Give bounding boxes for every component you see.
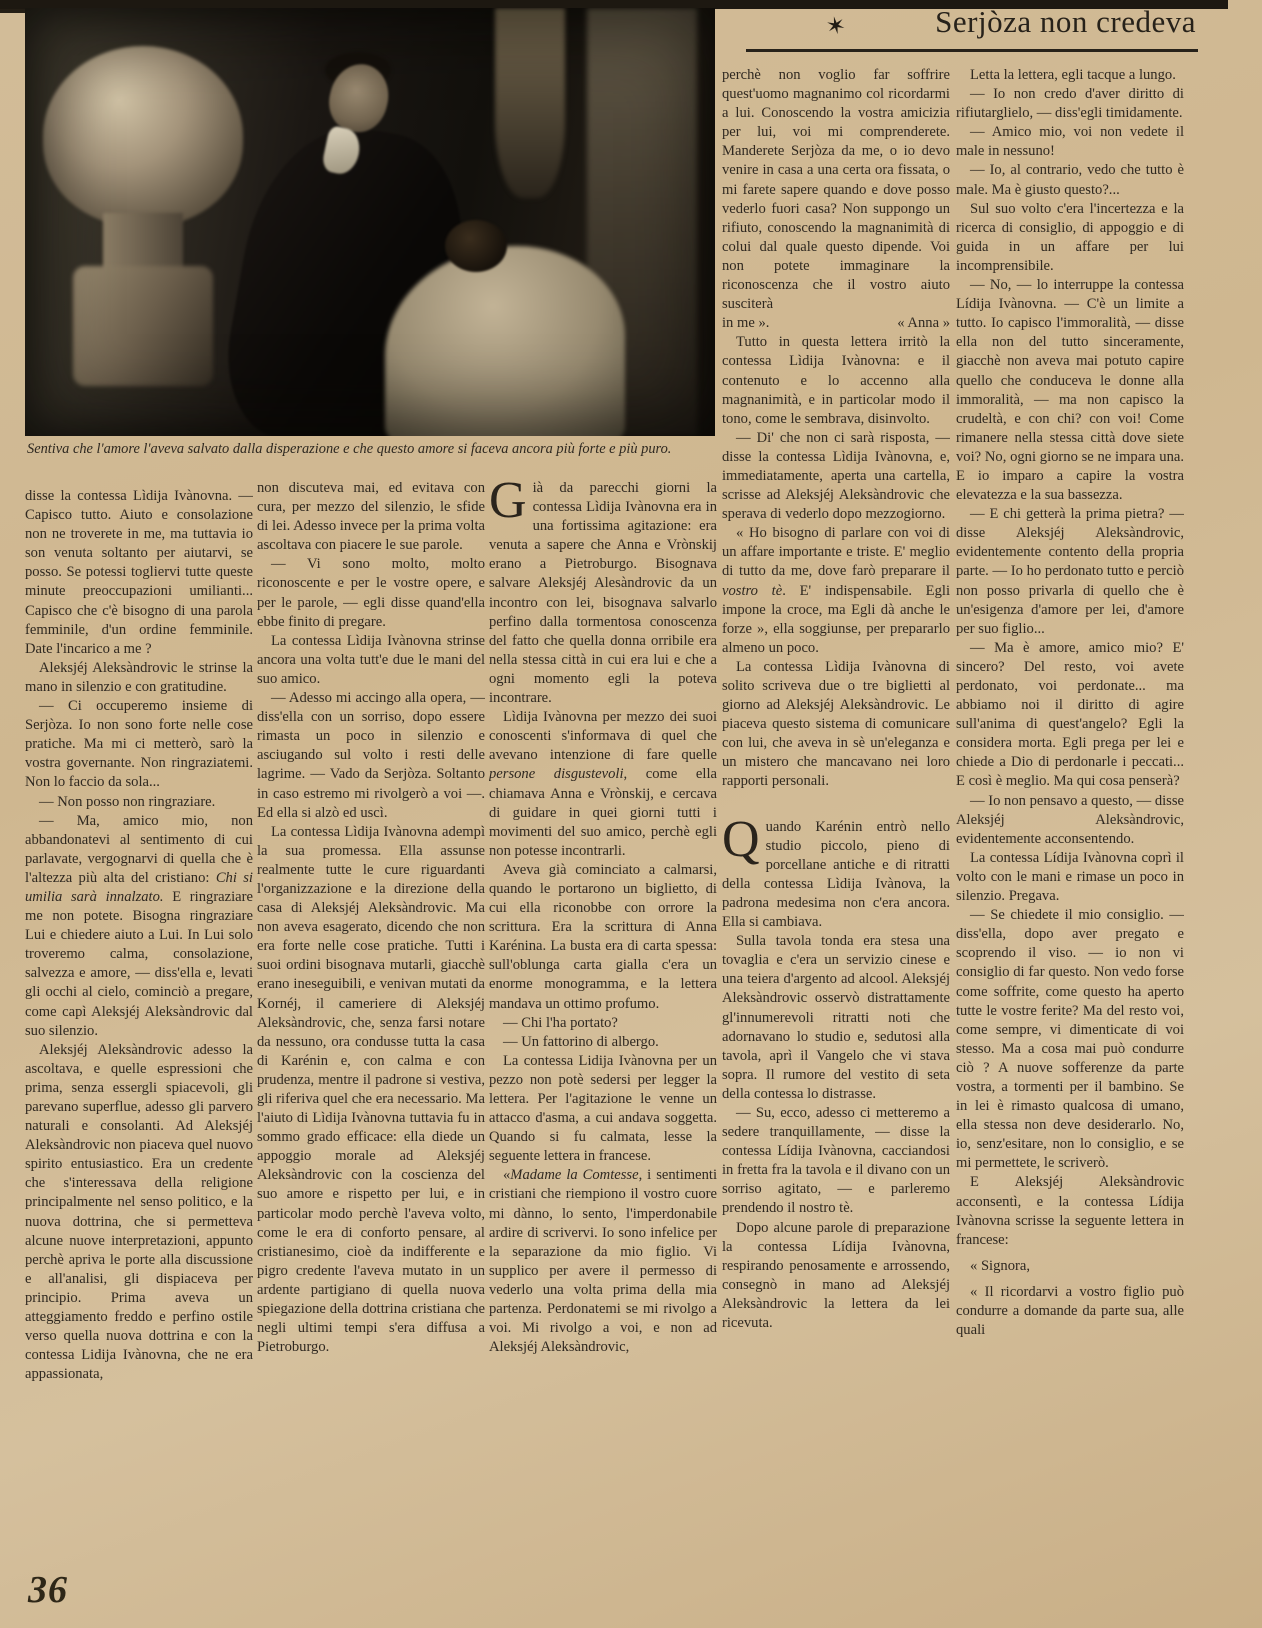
paragraph: La contessa Lìdija Ivànovna strinse anco…: [257, 632, 485, 689]
paragraph: — Adesso mi accingo alla opera, — diss'e…: [257, 689, 485, 823]
paragraph: — Ma è amore, amico mio? E' sincero? Del…: [956, 639, 1184, 792]
paragraph: Già da parecchi giorni la contessa Lìdij…: [489, 479, 717, 708]
paragraph: Aleksjéj Aleksàndrovic adesso la ascolta…: [25, 1041, 253, 1385]
paragraph: Lìdija Ivànovna per mezzo dei suoi conos…: [489, 708, 717, 861]
text-column-2: non discuteva mai, ed evitava con cura, …: [257, 479, 485, 1567]
paragraph: «Madame la Comtesse, i sentimenti cristi…: [489, 1166, 717, 1357]
paragraph: — Ci occuperemo insieme di Serjòza. Io n…: [25, 697, 253, 792]
paragraph: — Io non credo d'aver diritto di rifiuta…: [956, 85, 1184, 123]
paragraph: Tutto in questa lettera irritò la contes…: [722, 333, 950, 428]
paragraph: disse la contessa Lìdija Ivànovna. — Cap…: [25, 487, 253, 659]
paragraph: — Vi sono molto, molto riconoscente e pe…: [257, 555, 485, 631]
header-rule: [746, 49, 1198, 52]
paragraph: La contessa Lìdija Ivànovna di solito sc…: [722, 658, 950, 792]
paragraph: Sul suo volto c'era l'incertezza e la ri…: [956, 200, 1184, 276]
paragraph: La contessa Lìdija Ivànovna adempì la su…: [257, 823, 485, 1358]
paragraph: — Di' che non ci sarà risposta, — disse …: [722, 429, 950, 524]
paragraph: — Un fattorino di albergo.: [489, 1033, 717, 1052]
paragraph: Dopo alcune parole di preparazione la co…: [722, 1219, 950, 1334]
paragraph: « Signora,: [956, 1257, 1184, 1276]
paragraph: Sulla tavola tonda era stesa una tovagli…: [722, 932, 950, 1104]
dropcap-letter: Q: [722, 818, 766, 860]
paragraph: Aveva già cominciato a calmarsi, quando …: [489, 861, 717, 1014]
paragraph: — E chi getterà la prima pietra? — disse…: [956, 505, 1184, 639]
page-title: Serjòza non credeva: [935, 4, 1196, 40]
paragraph: — Io non pensavo a questo, — disse Aleks…: [956, 792, 1184, 849]
paragraph: Quando Karénin entrò nello studio piccol…: [722, 818, 950, 933]
paragraph: — Ma, amico mio, non abbandonatevi al se…: [25, 812, 253, 1041]
paragraph: — Se chiedete il mio consiglio. — diss'e…: [956, 906, 1184, 1173]
paragraph: La contessa Lídija Ivànovna coprì il vol…: [956, 849, 1184, 906]
paragraph: — Non posso non ringraziare.: [25, 793, 253, 812]
paragraph: in me ».« Anna »: [722, 314, 950, 333]
text-column-4: perchè non voglio far soffrire quest'uom…: [722, 66, 950, 1570]
text-column-3: Già da parecchi giorni la contessa Lìdij…: [489, 479, 717, 1567]
photo-illustration: [25, 8, 715, 436]
paragraph: — Io, al contrario, vedo che tutto è mal…: [956, 161, 1184, 199]
paragraph: — Amico mio, voi non vedete il male in n…: [956, 123, 1184, 161]
paragraph: — No, — lo interruppe la contessa Lídija…: [956, 276, 1184, 505]
paragraph: non discuteva mai, ed evitava con cura, …: [257, 479, 485, 555]
paragraph: La contessa Lidija Ivànovna per un pezzo…: [489, 1052, 717, 1167]
page-number: 36: [28, 1568, 68, 1612]
photo-caption: Sentiva che l'amore l'aveva salvato dall…: [27, 441, 715, 459]
paragraph: Letta la lettera, egli tacque a lungo.: [956, 66, 1184, 85]
dropcap-letter: G: [489, 479, 533, 521]
star-icon: ✶: [823, 10, 849, 43]
text-column-5: Letta la lettera, egli tacque a lungo.— …: [956, 66, 1184, 1570]
paragraph: perchè non voglio far soffrire quest'uom…: [722, 66, 950, 314]
paragraph: — Su, ecco, adesso ci metteremo a sedere…: [722, 1104, 950, 1219]
paragraph: Aleksjéj Aleksàndrovic le strinse la man…: [25, 659, 253, 697]
paragraph: « Il ricordarvi a vostro figlio può cond…: [956, 1283, 1184, 1340]
paragraph: E Aleksjéj Aleksàndrovic acconsentì, e l…: [956, 1173, 1184, 1249]
paragraph: « Ho bisogno di parlare con voi di un af…: [722, 524, 950, 658]
text-column-1: disse la contessa Lìdija Ivànovna. — Cap…: [25, 487, 253, 1567]
paragraph: — Chi l'ha portato?: [489, 1014, 717, 1033]
photo-vignette: [25, 8, 715, 436]
